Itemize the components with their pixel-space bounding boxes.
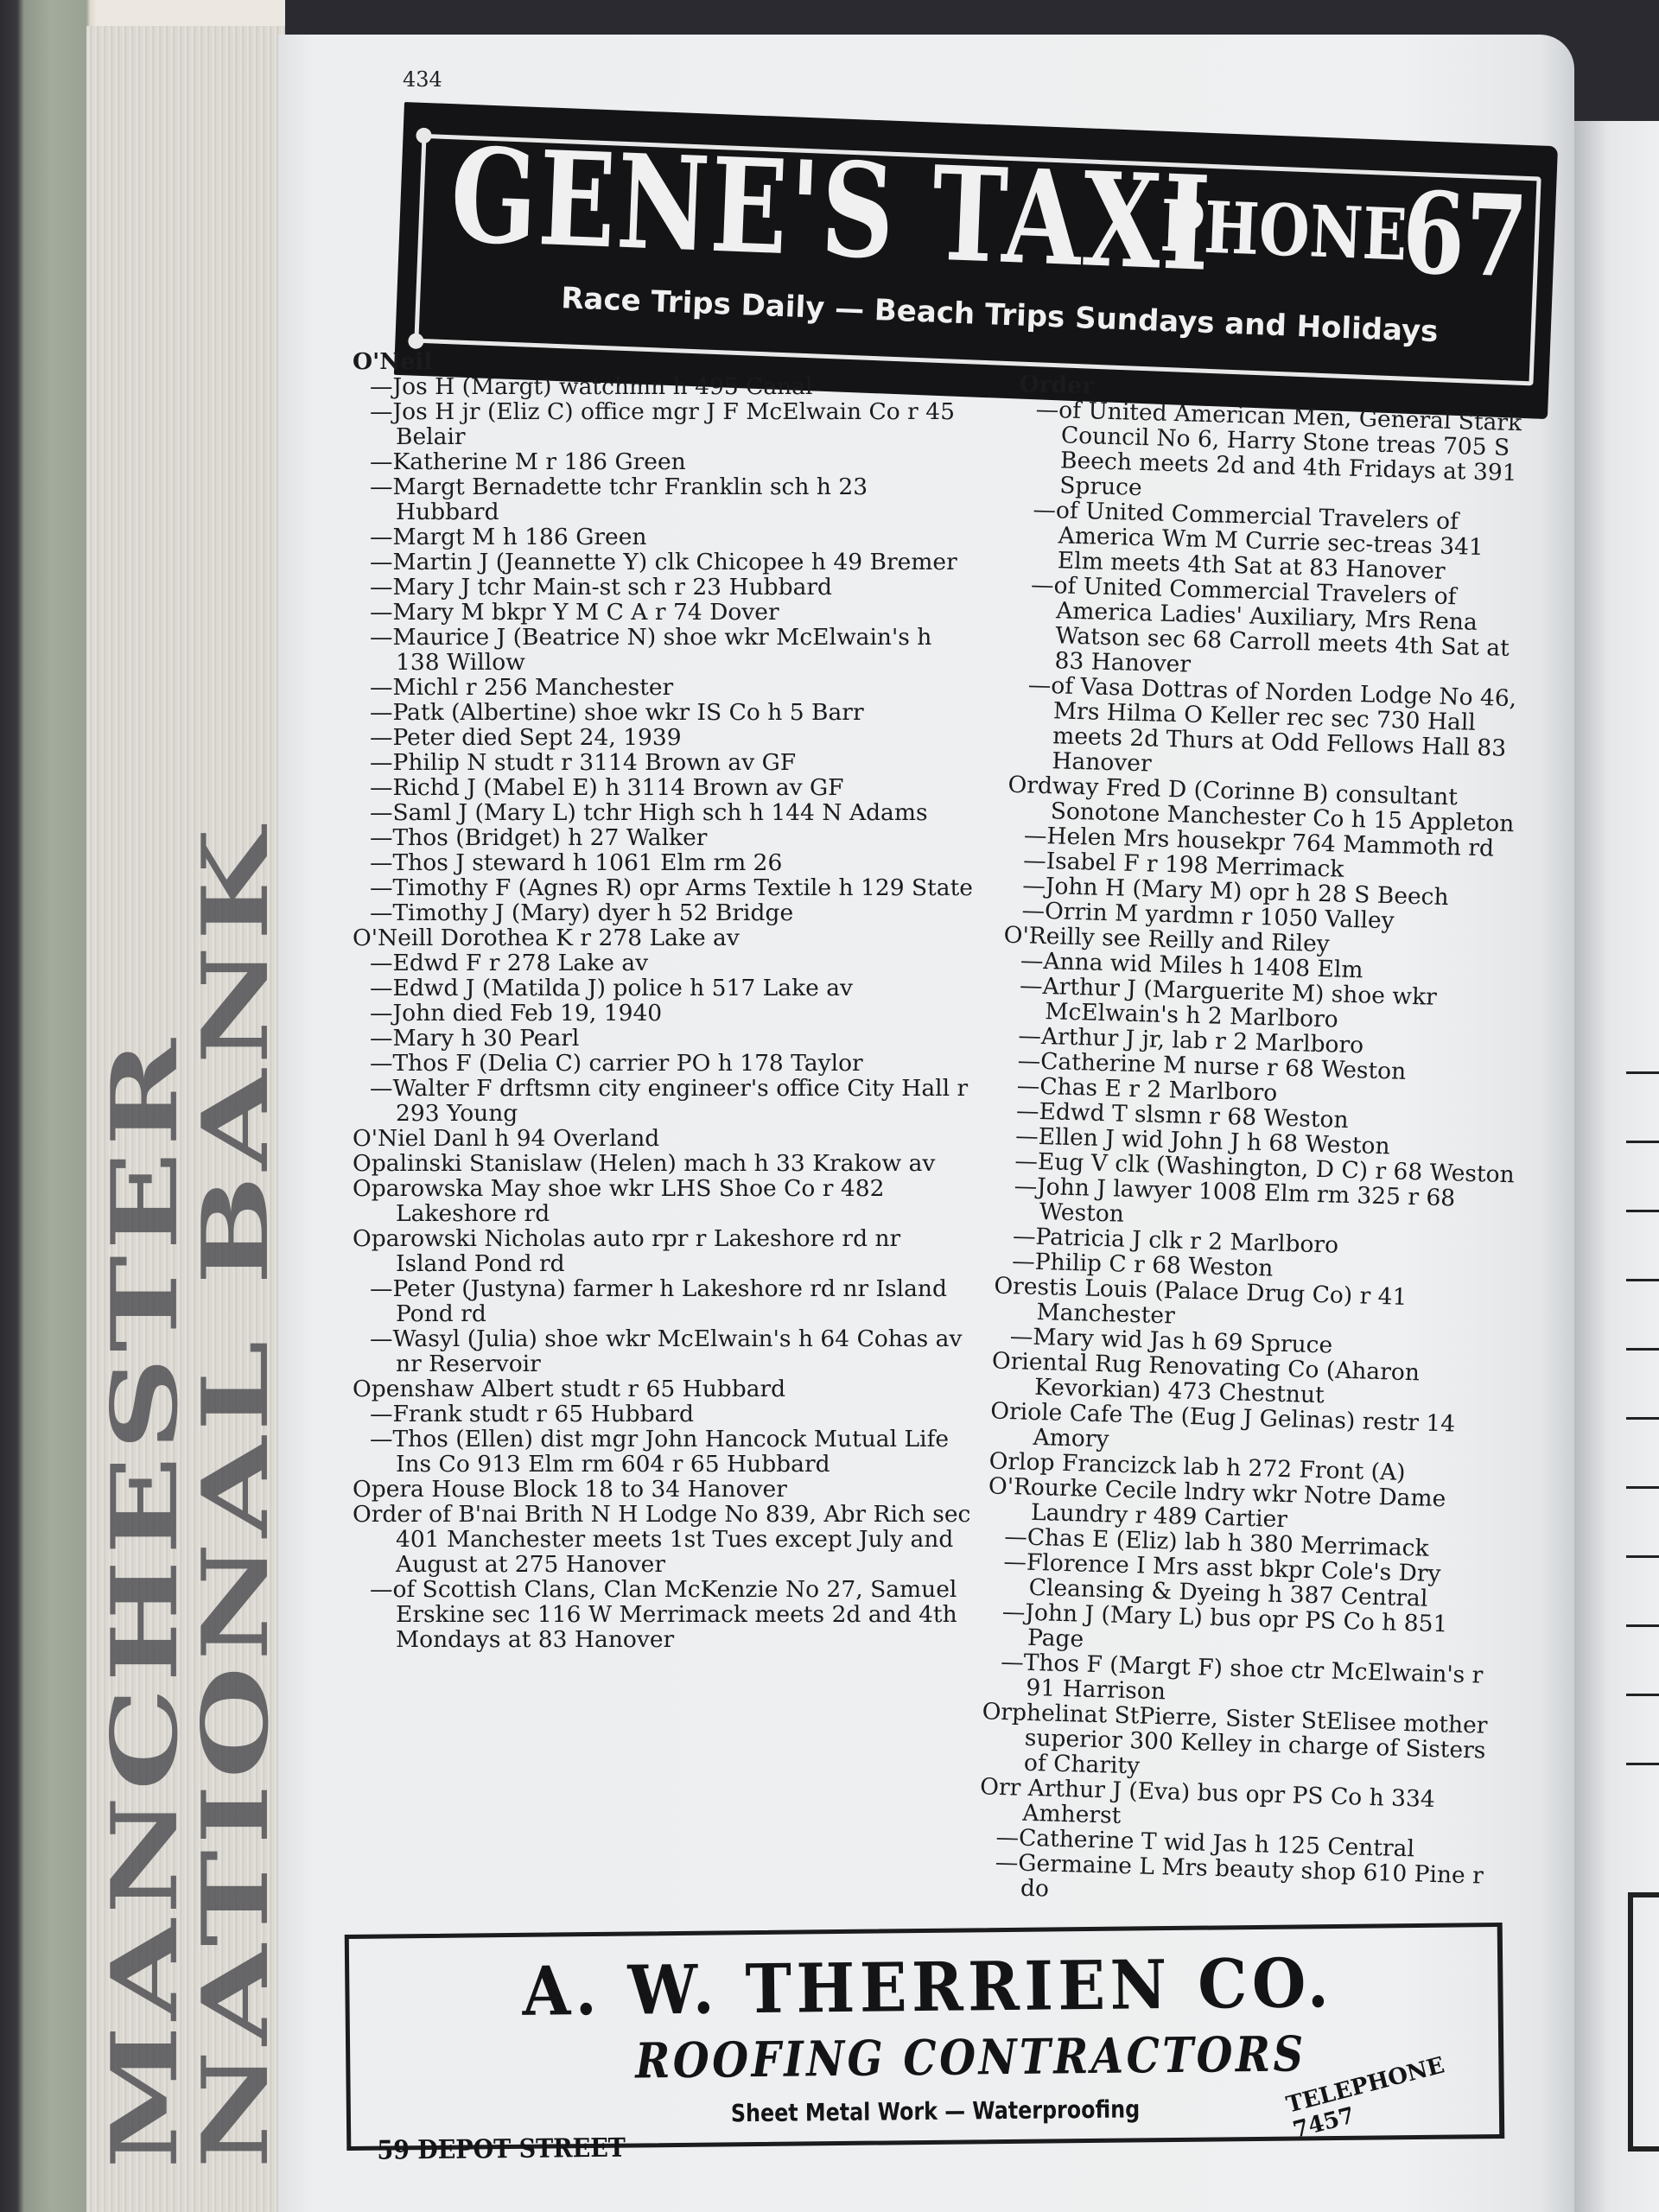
left-column: O'Neil—Jos H (Margt) watchmn h 495 Canal… (353, 349, 975, 1652)
ad-company-name: A. W. THERRIEN CO. (522, 1944, 1334, 2031)
section-heading: O'Neil (353, 349, 975, 374)
directory-entry: —Mary J tchr Main-st sch r 23 Hubbard (353, 575, 975, 600)
directory-entry: —John died Feb 19, 1940 (353, 1001, 975, 1026)
directory-entry: —of Vasa Dottras of Norden Lodge No 46, … (1008, 672, 1529, 787)
directory-entry: —Peter (Justyna) farmer h Lakeshore rd n… (353, 1276, 975, 1326)
page-edge-print: MANCHESTER NATIONAL BANK (104, 156, 276, 2169)
facing-page-edge (1574, 121, 1659, 2212)
directory-entry: —Frank studt r 65 Hubbard (353, 1402, 975, 1427)
directory-entry: O'Neill Dorothea K r 278 Lake av (353, 925, 975, 950)
directory-entry: —Richd J (Mabel E) h 3114 Brown av GF (353, 775, 975, 800)
directory-entry: —of Scottish Clans, Clan McKenzie No 27,… (353, 1577, 975, 1652)
directory-entry: —of United Commercial Travelers of Ameri… (1011, 572, 1532, 687)
directory-entry: —Maurice J (Beatrice N) shoe wkr McElwai… (353, 625, 975, 675)
taxi-ad-name: GENE'S TAXI (448, 119, 1214, 301)
directory-entry: —Peter died Sept 24, 1939 (353, 725, 975, 750)
directory-entry: —of United American Men, General Stark C… (1016, 397, 1537, 512)
directory-entry: —Patk (Albertine) shoe wkr IS Co h 5 Bar… (353, 700, 975, 725)
directory-entry: Openshaw Albert studt r 65 Hubbard (353, 1376, 975, 1402)
ad-services: Sheet Metal Work — Waterproofing (731, 2094, 1141, 2127)
directory-entry: —Jos H jr (Eliz C) office mgr J F McElwa… (353, 399, 975, 449)
directory-entry: —Philip N studt r 3114 Brown av GF (353, 750, 975, 775)
directory-entry: —Edwd F r 278 Lake av (353, 950, 975, 976)
directory-entry: —Thos J steward h 1061 Elm rm 26 (353, 850, 975, 875)
taxi-ad-phone-label: PHONE (1159, 185, 1408, 277)
directory-entry: —Margt Bernadette tchr Franklin sch h 23… (353, 474, 975, 524)
directory-entry: —Martin J (Jeannette Y) clk Chicopee h 4… (353, 550, 975, 575)
directory-entry: Opalinski Stanislaw (Helen) mach h 33 Kr… (353, 1151, 975, 1176)
directory-entry: Oparowska May shoe wkr LHS Shoe Co r 482… (353, 1176, 975, 1226)
directory-entry: —Katherine M r 186 Green (353, 449, 975, 474)
directory-entry: —Edwd J (Matilda J) police h 517 Lake av (353, 976, 975, 1001)
directory-entry: —Thos (Ellen) dist mgr John Hancock Mutu… (353, 1427, 975, 1477)
directory-entry: —Thos F (Delia C) carrier PO h 178 Taylo… (353, 1051, 975, 1076)
taxi-ad-phone-number: 67 (1400, 167, 1530, 303)
page-edge-bank-name: MANCHESTER NATIONAL BANK (99, 156, 281, 2169)
ad-subtitle: ROOFING CONTRACTORS (635, 2025, 1306, 2089)
directory-entry: —Mary M bkpr Y M C A r 74 Dover (353, 600, 975, 625)
directory-entry: —Timothy J (Mary) dyer h 52 Bridge (353, 900, 975, 925)
directory-entry: —Jos H (Margt) watchmn h 495 Canal (353, 374, 975, 399)
ad-telephone: TELEPHONE 7457 (1284, 2039, 1505, 2144)
directory-entry: —Timothy F (Agnes R) opr Arms Textile h … (353, 875, 975, 900)
directory-entry: —Thos (Bridget) h 27 Walker (353, 825, 975, 850)
directory-entry: O'Niel Danl h 94 Overland (353, 1126, 975, 1151)
directory-entry: —Saml J (Mary L) tchr High sch h 144 N A… (353, 800, 975, 825)
directory-entry: —Margt M h 186 Green (353, 524, 975, 550)
therrien-advertisement: A. W. THERRIEN CO. ROOFING CONTRACTORS S… (345, 1923, 1505, 2151)
directory-entry: Opera House Block 18 to 34 Hanover (353, 1477, 975, 1502)
directory-entry: —Michl r 256 Manchester (353, 675, 975, 700)
directory-entry: Order of B'nai Brith N H Lodge No 839, A… (353, 1502, 975, 1577)
directory-entry: Oparowski Nicholas auto rpr r Lakeshore … (353, 1226, 975, 1276)
directory-entry: —Wasyl (Julia) shoe wkr McElwain's h 64 … (353, 1326, 975, 1376)
directory-entry: —Mary h 30 Pearl (353, 1026, 975, 1051)
ad-address: 59 DEPOT STREET (377, 2133, 626, 2166)
right-column: Order—of United American Men, General St… (977, 372, 1538, 1914)
directory-entry: —Walter F drftsmn city engineer's office… (353, 1076, 975, 1126)
page-number: 434 (403, 67, 442, 92)
